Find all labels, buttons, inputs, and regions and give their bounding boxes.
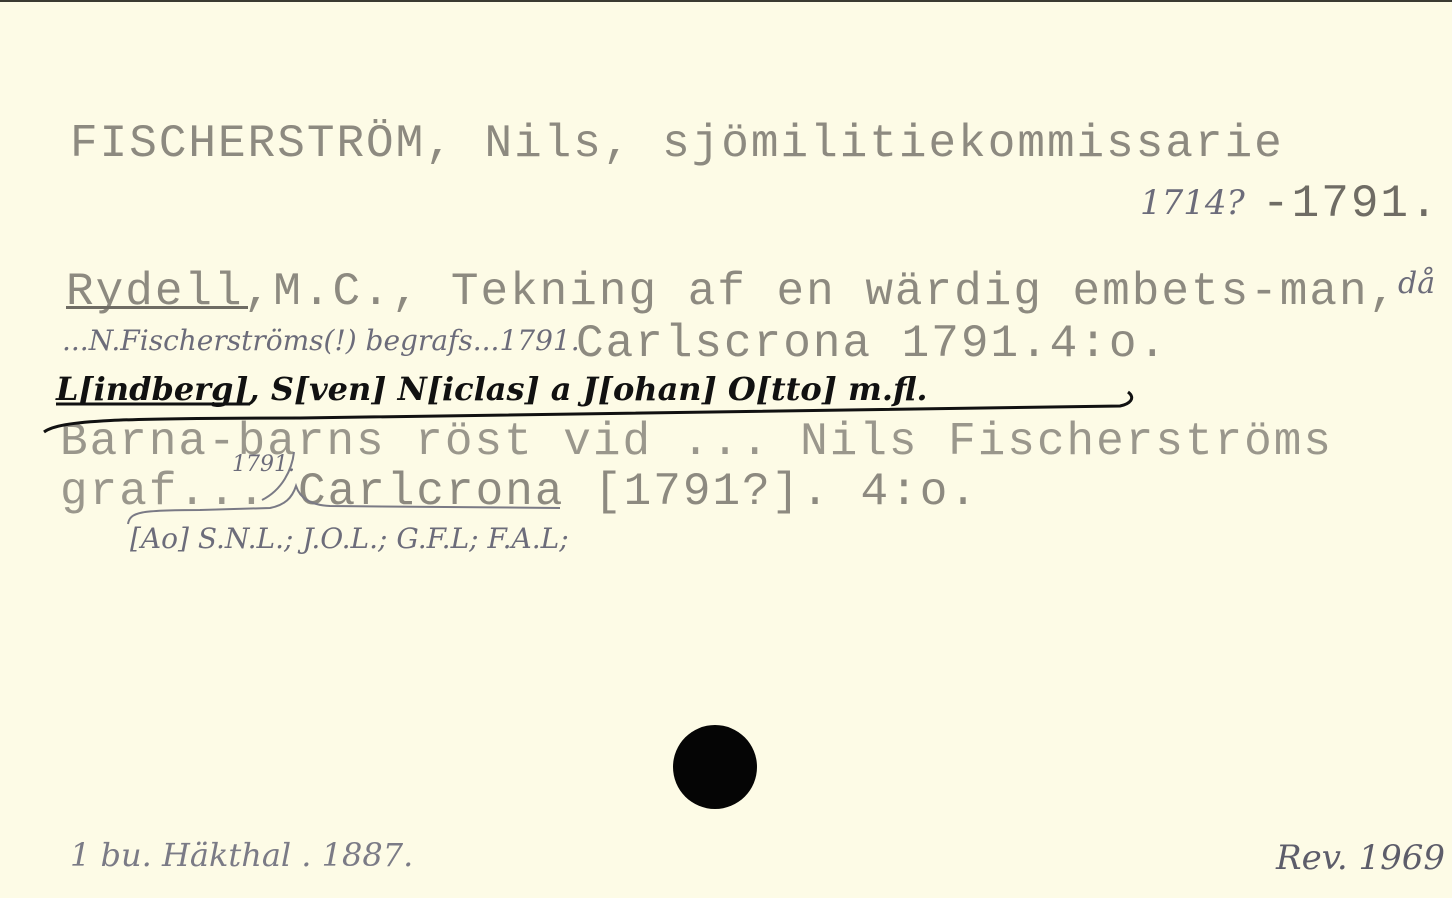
ink-bracket-line [44,392,1132,432]
punch-hole [673,725,757,809]
footer-provenance-note: 1 bu. Häkthal . 1887. [70,836,413,874]
pencil-brace [128,486,560,524]
pencil-slash [262,452,294,500]
footer-revision-note: Rev. 1969 [1276,838,1445,878]
catalog-card: FISCHERSTRÖM, Nils, sjömilitiekommissari… [0,0,1452,898]
